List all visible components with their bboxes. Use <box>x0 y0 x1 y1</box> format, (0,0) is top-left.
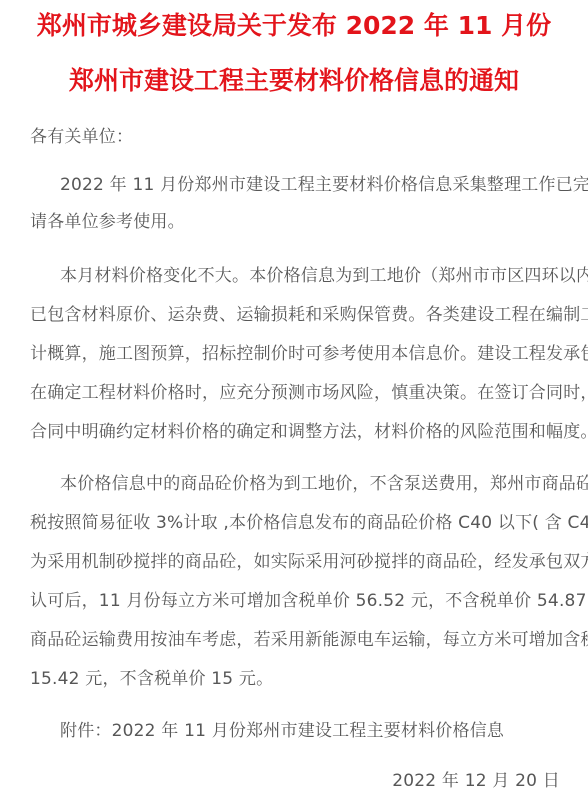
paragraph-line: 为采用机制砂搅拌的商品砼，如实际采用河砂搅拌的商品砼，经发承包双方签证 <box>30 547 588 572</box>
document-title-line-2: 郑州市建设工程主要材料价格信息的通知 <box>0 61 588 97</box>
paragraph-line: 本月材料价格变化不大。本价格信息为到工地价（郑州市市区四环以内）， <box>60 261 588 286</box>
paragraph-line: 认可后，11 月份每立方米可增加含税单价 56.52 元，不含税单价 54.87… <box>30 586 588 611</box>
paragraph-line: 请各单位参考使用。 <box>30 207 185 232</box>
paragraph-line: 商品砼运输费用按油车考虑，若采用新能源电车运输，每立方米可增加含税单价 <box>30 625 588 650</box>
paragraph-line: 本价格信息中的商品砼价格为到工地价，不含泵送费用，郑州市商品砼增值 <box>60 469 588 494</box>
issue-date: 2022 年 12 月 20 日 <box>392 766 560 788</box>
paragraph-line: 15.42 元，不含税单价 15 元。 <box>30 664 273 689</box>
paragraph-line: 计概算，施工图预算，招标控制价时可参考使用本信息价。建设工程发承包双方 <box>30 339 588 364</box>
paragraph-line: 在确定工程材料价格时，应充分预测市场风险，慎重决策。在签订合同时，应在 <box>30 378 588 403</box>
paragraph-line: 合同中明确约定材料价格的确定和调整方法，材料价格的风险范围和幅度。 <box>30 417 588 442</box>
salutation: 各有关单位： <box>30 122 133 147</box>
document-title-line-1: 郑州市城乡建设局关于发布 2022 年 11 月份 <box>0 6 588 42</box>
paragraph-line: 已包含材料原价、运杂费、运输损耗和采购保管费。各类建设工程在编制工程设 <box>30 300 588 325</box>
attachment-note: 附件：2022 年 11 月份郑州市建设工程主要材料价格信息 <box>60 716 504 741</box>
paragraph-line: 税按照简易征收 3%计取 ,本价格信息发布的商品砼价格 C40 以下( 含 C4… <box>30 508 588 533</box>
paragraph-line: 2022 年 11 月份郑州市建设工程主要材料价格信息采集整理工作已完成， <box>60 170 588 195</box>
